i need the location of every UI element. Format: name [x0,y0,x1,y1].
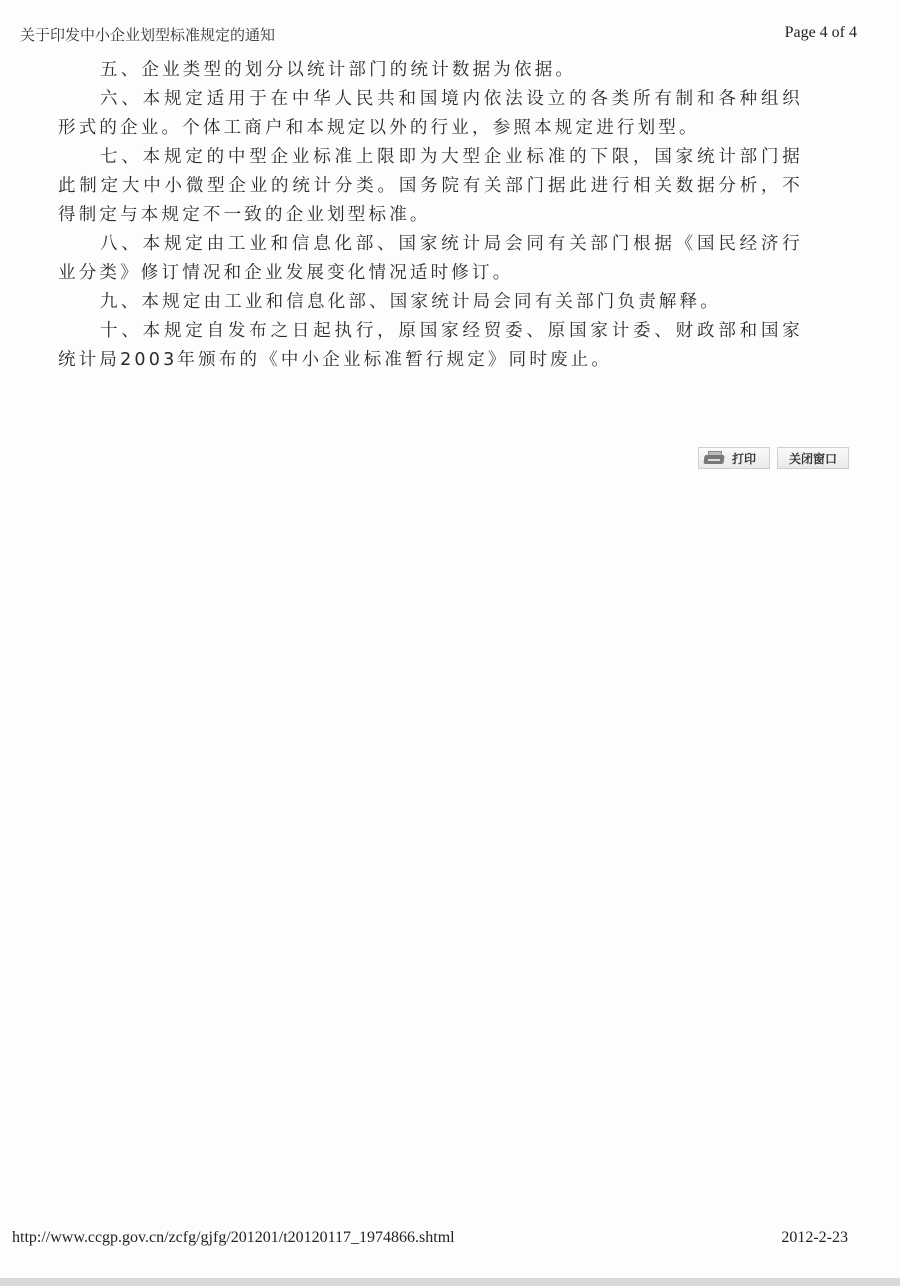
print-label: 打印 [732,450,756,467]
clause-7: 七、本规定的中型企业标准上限即为大型企业标准的下限，国家统计部门据此制定大中小微… [58,143,803,230]
source-url: http://www.ccgp.gov.cn/zcfg/gjfg/201201/… [12,1229,455,1247]
print-button[interactable]: 打印 [698,447,770,469]
print-date: 2012-2-23 [781,1229,848,1247]
document-page: 关于印发中小企业划型标准规定的通知 Page 4 of 4 五、企业类型的划分以… [0,0,900,1278]
clause-8: 八、本规定由工业和信息化部、国家统计局会同有关部门根据《国民经济行业分类》修订情… [58,230,803,288]
clause-10: 十、本规定自发布之日起执行，原国家经贸委、原国家计委、财政部和国家统计局2003… [58,317,803,375]
clause-6: 六、本规定适用于在中华人民共和国境内依法设立的各类所有制和各种组织形式的企业。个… [58,85,803,143]
close-window-button[interactable]: 关闭窗口 [777,447,849,469]
close-window-label: 关闭窗口 [789,450,837,467]
clause-5: 五、企业类型的划分以统计部门的统计数据为依据。 [58,56,803,85]
page-indicator: Page 4 of 4 [785,24,857,42]
page-bottom-edge [0,1278,900,1286]
clause-9: 九、本规定由工业和信息化部、国家统计局会同有关部门负责解释。 [58,288,803,317]
document-title: 关于印发中小企业划型标准规定的通知 [20,24,275,45]
document-body: 五、企业类型的划分以统计部门的统计数据为依据。 六、本规定适用于在中华人民共和国… [58,56,803,375]
action-buttons: 打印 关闭窗口 [698,447,849,469]
printer-icon [704,450,726,466]
